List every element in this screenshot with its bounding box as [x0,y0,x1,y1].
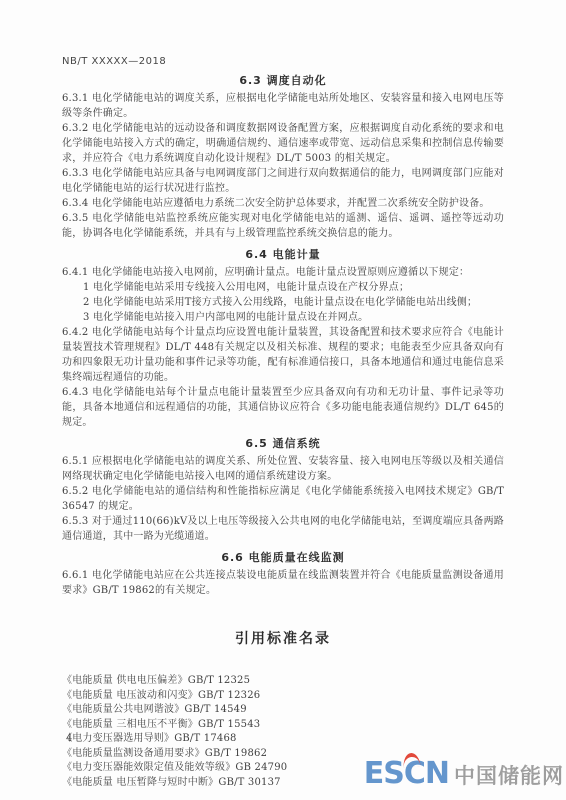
standard-code-header: NB/T XXXXX—2018 [62,56,504,67]
clause-6-3-4: 6.3.4 电化学储能电站应遵循电力系统二次安全防护总体要求，并配置二次系统安全… [62,196,504,211]
scanned-document-page: NB/T XXXXX—2018 6.3 调度自动化 6.3.1 电化学储能电站的… [0,0,566,800]
clause-6-4-1-item-3: 3 电化学储能电站接入用户内部电网的电能计量点设在并网点。 [62,310,504,325]
clause-6-4-1: 6.4.1 电化学储能电站接入电网前，应明确计量点。电能计量点设置原则应遵循以下… [62,265,504,280]
section-heading-6-6: 6.6 电能质量在线监测 [62,549,504,565]
page-number: 4 [66,733,72,744]
reference-item: 《电能质量公共电网谐波》GB/T 14549 [62,703,504,718]
reference-item: 《电能质量 三相电压不平衡》GB/T 15543 [62,718,504,733]
clause-6-4-3: 6.4.3 电化学储能电站每个计量点电能计量装置至少应具备双向有功和无功计量、事… [62,385,504,430]
clause-6-5-3: 6.5.3 对于通过110(66)kV及以上电压等级接入公共电网的电化学储能电站… [62,514,504,544]
section-heading-6-3: 6.3 调度自动化 [62,72,504,88]
clause-6-5-2: 6.5.2 电化学储能电站的通信结构和性能指标应满足《电化学储能系统接入电网技术… [62,484,504,514]
escn-logo-cn-label: 中国储能网 [454,765,564,788]
clause-6-4-1-item-1: 1 电化学储能电站采用专线接入公用电网，电能计量点设在产权分界点； [62,280,504,295]
clause-6-5-1: 6.5.1 应根据电化学储能电站的调度关系、所处位置、安装容量、接入电网电压等级… [62,454,504,484]
clause-6-4-2: 6.4.2 电化学储能电站每个计量点均应设置电能计量装置，其设备配置和技术要求应… [62,325,504,385]
reference-item: 《电能质量 电压波动和闪变》GB/T 12326 [62,689,504,704]
section-heading-6-4: 6.4 电能计量 [62,246,504,262]
clause-6-3-2: 6.3.2 电化学储能电站的远动设备和调度数据网设备配置方案，应根据调度自动化系… [62,121,504,166]
clause-6-3-3: 6.3.3 电化学储能电站应具备与电网调度部门之间进行双向数据通信的能力，电网调… [62,166,504,196]
section-heading-6-5: 6.5 通信系统 [62,435,504,451]
escn-logo-en-text: ESCN [364,757,449,790]
references-heading: 引用标准名录 [62,628,504,648]
clause-6-4-1-item-2: 2 电化学储能电站采用T接方式接入公用线路，电能计量点设在电化学储能电站出线侧； [62,295,504,310]
reference-item: 《电能质量 供电电压偏差》GB/T 12325 [62,674,504,689]
clause-6-6-1: 6.6.1 电化学储能电站应在公共连接点装设电能质量在线监测装置并符合《电能质量… [62,568,504,598]
clause-6-3-1: 6.3.1 电化学储能电站的调度关系，应根据电化学储能电站所处地区、安装容量和接… [62,91,504,121]
reference-item: 《电力变压器选用导则》GB/T 17468 [62,732,504,747]
clause-6-3-5: 6.3.5 电化学储能电站监控系统应能实现对电化学储能电站的遥测、遥信、遥调、遥… [62,211,504,241]
escn-watermark-logo: ESCN 中国储能网 [364,757,564,790]
